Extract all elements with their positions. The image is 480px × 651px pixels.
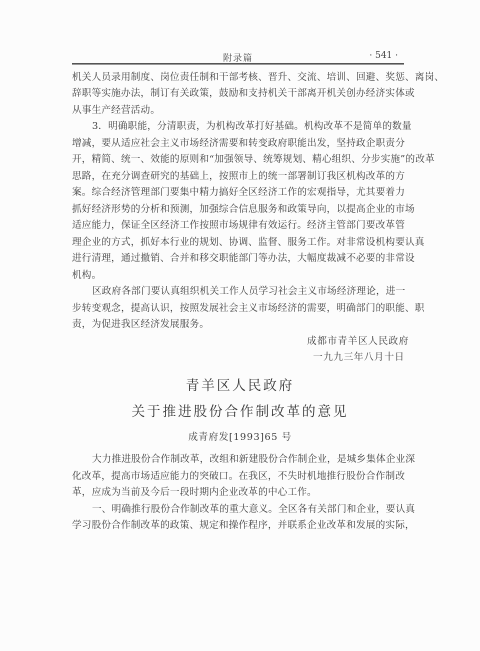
page-number: · 541 · — [369, 51, 398, 61]
text-line: 思路，在充分调查研究的基础上，按照市上的统一部署制订我区机构改革的方 — [72, 169, 404, 184]
text-line: 开，精简、统一、效能的原则和“加强领导、统筹规划、精心组织、分步实施”的改革 — [72, 152, 404, 167]
text-line: 化改革，提高市场适应能力的突破口。在我区，不失时机地推行股份合作制改 — [72, 469, 404, 484]
text-line: 适应能力，保证全区经济工作按照市场规律有效运行。经济主管部门要改革管 — [72, 218, 404, 233]
text-line: 3．明确职能，分清职责，为机构改革打好基础。机构改革不是简单的数量 — [72, 119, 404, 134]
document-number: 成青府发[1993]65 号 — [0, 429, 480, 443]
text-line: 抓好经济形势的分析和预测，加强综合信息服务和政策导向，以提高企业的市场 — [72, 202, 404, 217]
text-line: 从事生产经营活动。 — [72, 103, 404, 118]
text-line: 理企业的方式，抓好本行业的规划、协调、监督、服务工作。对非常设机构要认真 — [72, 235, 404, 250]
text-line: 区政府各部门要认真组织机关工作人员学习社会主义市场经济理论，进一 — [72, 284, 404, 299]
text-line: 增减，要从适应社会主义市场经济需要和转变政府职能出发，坚持政企职责分 — [72, 136, 404, 151]
text-line: 一、明确推行股份合作制改革的重大意义。全区各有关部门和企业，要认真 — [72, 502, 404, 517]
header-rule — [72, 63, 404, 65]
text-line: 机关人员录用制度、岗位责任制和干部考核、晋升、交流、培训、回避、奖惩、离岗、 — [72, 70, 404, 85]
issue-date: 一九九三年八月十日 — [313, 350, 405, 365]
text-line: 辞职等实施办法，制订有关政策，鼓励和支持机关干部离开机关创办经济实体或 — [72, 86, 404, 101]
document-page: 附录篇 · 541 · 机关人员录用制度、岗位责任制和干部考核、晋升、交流、培训… — [0, 0, 480, 651]
text-line: 革，应成为当前及今后一段时期内企业改革的中心工作。 — [72, 485, 404, 500]
issuer-signature: 成都市青羊区人民政府 — [307, 334, 409, 349]
text-line: 机构。 — [72, 268, 404, 283]
document-title-line2: 关于推进股份合作制改革的意见 — [0, 400, 480, 420]
text-line: 步转变观念，提高认识，按照发展社会主义市场经济的需要，明确部门的职能、职 — [72, 301, 404, 316]
running-header: 附录篇 · 541 · — [72, 50, 404, 64]
text-line: 责，为促进我区经济发展服务。 — [72, 317, 404, 332]
text-line: 学习股份合作制改革的政策、规定和操作程序，并联系企业改革和发展的实际， — [72, 518, 404, 533]
text-line: 大力推进股份合作制改革，改组和新建股份合作制企业，是城乡集体企业深 — [72, 452, 404, 467]
text-line: 案。综合经济管理部门要集中精力搞好全区经济工作的宏观指导，尤其要着力 — [72, 185, 404, 200]
text-line: 进行清理，通过撤销、合并和移交职能部门等办法，大幅度裁减不必要的非常设 — [72, 251, 404, 266]
document-title-line1: 青羊区人民政府 — [0, 374, 480, 394]
